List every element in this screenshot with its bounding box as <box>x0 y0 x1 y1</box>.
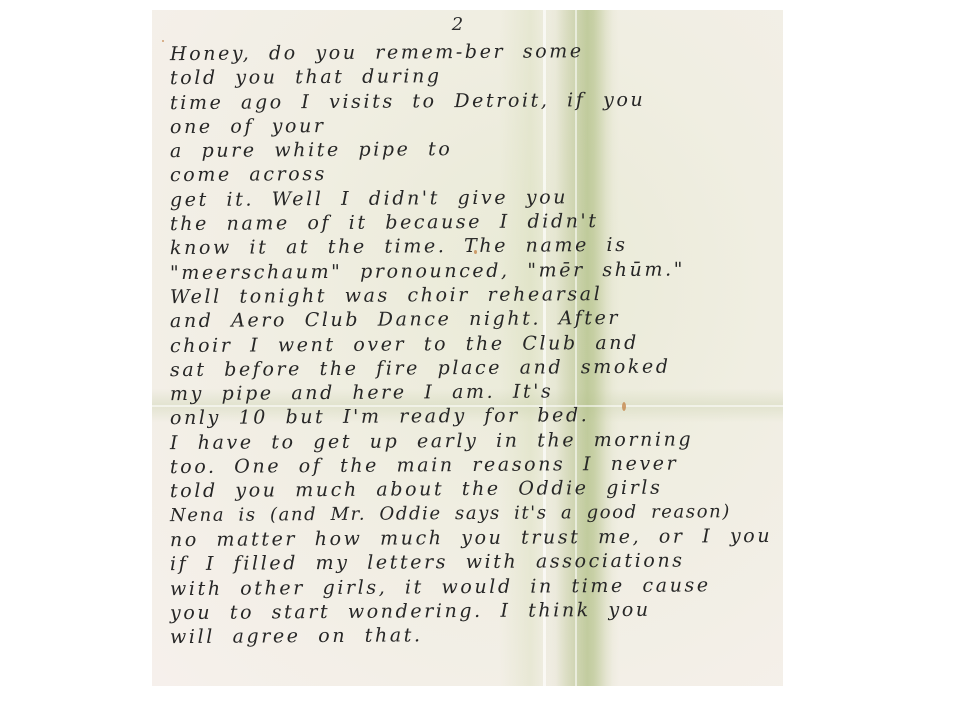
letter-body: Honey, do you remem-ber some told you th… <box>170 40 770 647</box>
letter-line: will agree on that. <box>170 621 770 649</box>
letter-line: if I filled my letters with associations <box>170 548 770 576</box>
letter-line: told you much about the Oddie girls <box>170 475 770 503</box>
page-number: 2 <box>142 14 773 35</box>
letter-line: and Aero Club Dance night. After <box>170 305 770 333</box>
letter-line: know it at the time. The name is <box>170 232 770 260</box>
paper-speck <box>162 40 164 42</box>
letter-page: 2 Honey, do you remem-ber some told you … <box>152 10 783 686</box>
letter-line: told you that during <box>170 62 770 90</box>
